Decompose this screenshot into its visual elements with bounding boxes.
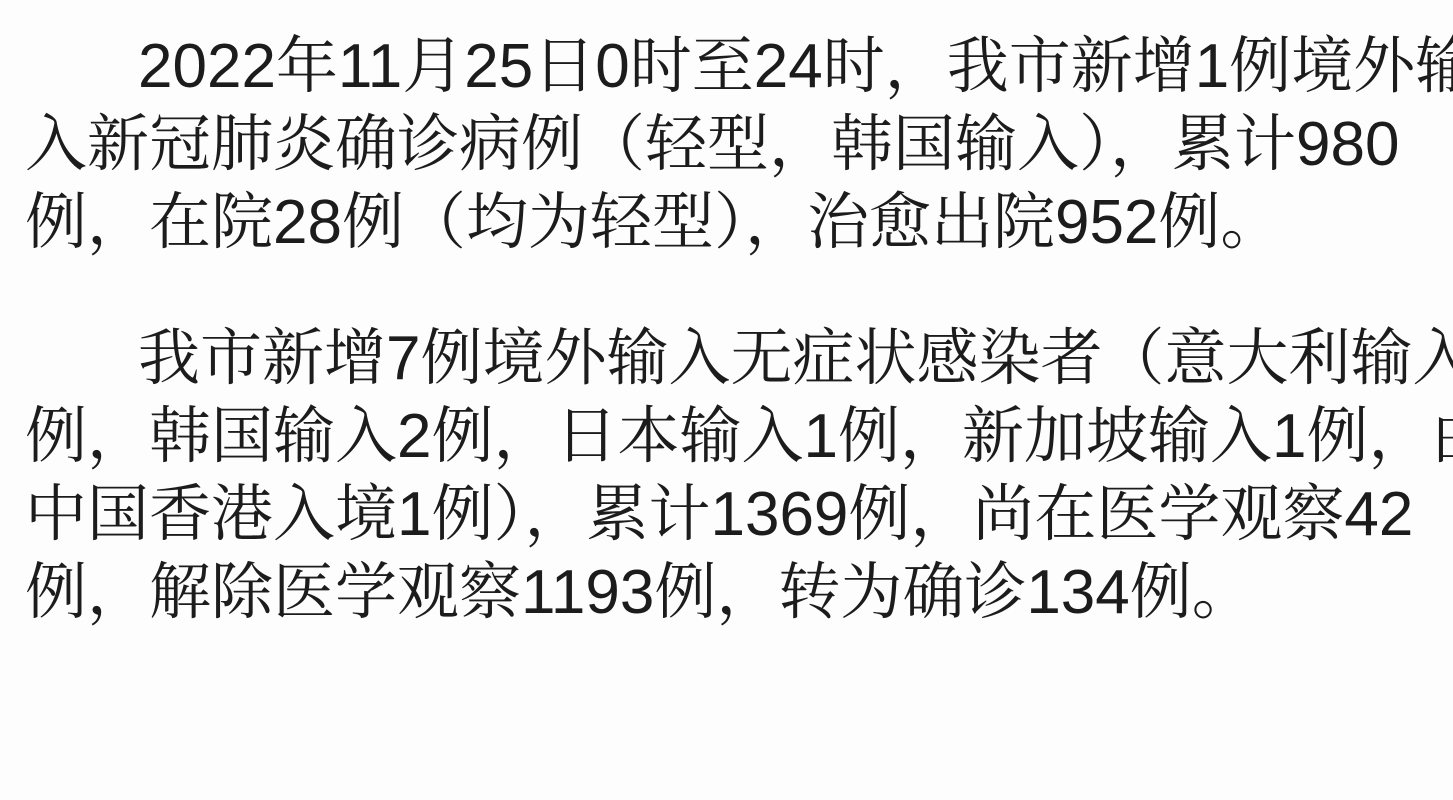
paragraph-asymptomatic-cases: 我市新增7例境外输入无症状感染者（意大利输入2 例，韩国输入2例，日本输入1例，…: [25, 320, 1437, 632]
covid-bulletin-page: 2022年11月25日0时至24时，我市新增1例境外输 入新冠肺炎确诊病例（轻型…: [0, 0, 1453, 800]
asymptomatic-line-3: 中国香港入境1例），累计1369例，尚在医学观察42: [25, 476, 1437, 554]
confirmed-line-2: 入新冠肺炎确诊病例（轻型，韩国输入），累计980: [25, 106, 1437, 184]
paragraph-confirmed-cases: 2022年11月25日0时至24时，我市新增1例境外输 入新冠肺炎确诊病例（轻型…: [25, 28, 1437, 262]
asymptomatic-line-1: 我市新增7例境外输入无症状感染者（意大利输入2: [25, 320, 1437, 398]
asymptomatic-line-4: 例，解除医学观察1193例，转为确诊134例。: [25, 554, 1437, 632]
asymptomatic-line-2: 例，韩国输入2例，日本输入1例，新加坡输入1例，由: [25, 398, 1437, 476]
confirmed-line-3: 例，在院28例（均为轻型），治愈出院952例。: [25, 184, 1437, 262]
confirmed-line-1: 2022年11月25日0时至24时，我市新增1例境外输: [25, 28, 1437, 106]
